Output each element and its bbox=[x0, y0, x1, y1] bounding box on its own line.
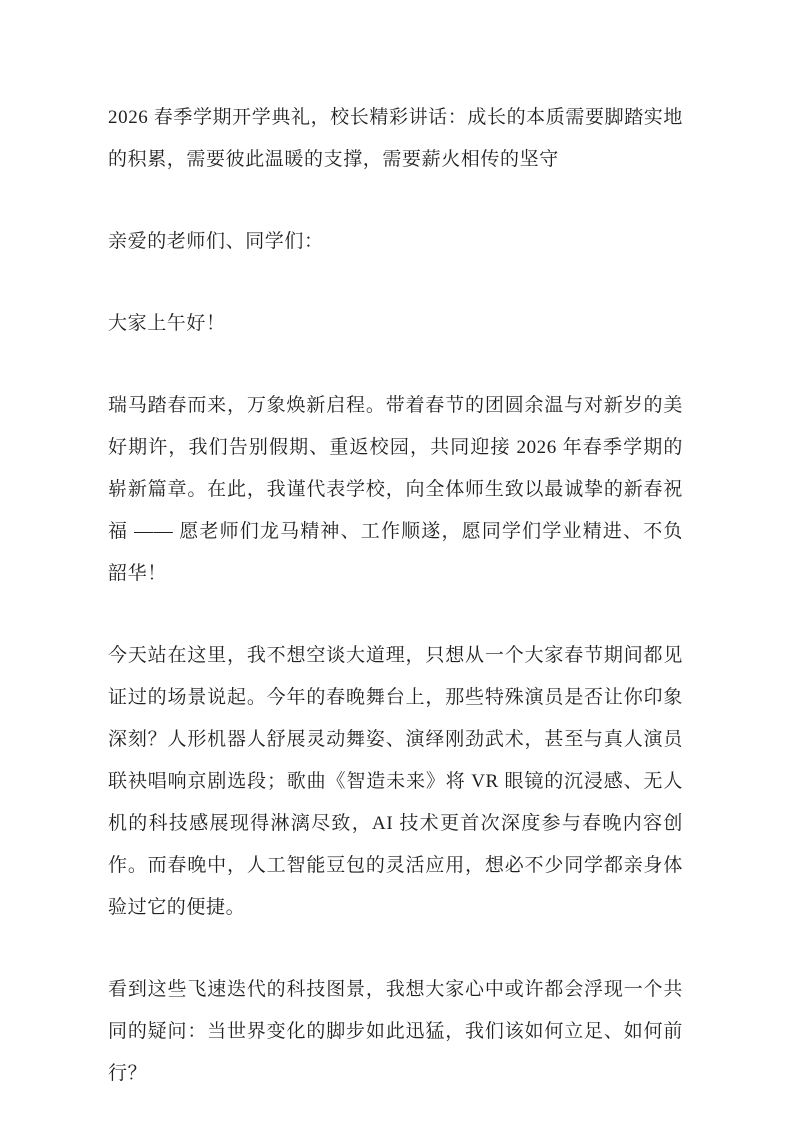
paragraph-greeting: 大家上午好！ bbox=[108, 303, 683, 345]
paragraph-question: 看到这些飞速迭代的科技图景，我想大家心中或许都会浮现一个共同的疑问：当世界变化的… bbox=[108, 969, 683, 1095]
document-title: 2026 春季学期开学典礼，校长精彩讲话：成长的本质需要脚踏实地的积累，需要彼此… bbox=[108, 97, 683, 181]
document-page: 2026 春季学期开学典礼，校长精彩讲话：成长的本质需要脚踏实地的积累，需要彼此… bbox=[0, 0, 793, 1122]
paragraph-spring-gala-tech: 今天站在这里，我不想空谈大道理，只想从一个大家春节期间都见证过的场景说起。今年的… bbox=[108, 635, 683, 929]
document-body: 2026 春季学期开学典礼，校长精彩讲话：成长的本质需要脚踏实地的积累，需要彼此… bbox=[108, 97, 683, 1095]
paragraph-new-year-wishes: 瑞马踏春而来，万象焕新启程。带着春节的团圆余温与对新岁的美好期许，我们告别假期、… bbox=[108, 385, 683, 595]
paragraph-salutation: 亲爱的老师们、同学们： bbox=[108, 221, 683, 263]
